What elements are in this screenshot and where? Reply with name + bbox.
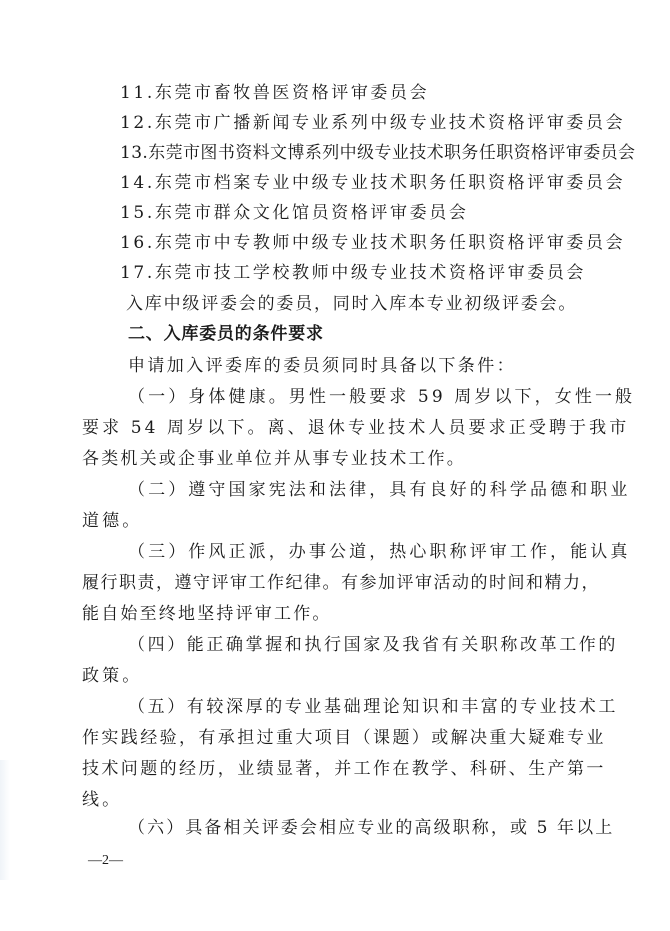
committee-item-15: 15.东莞市群众文化馆员资格评审委员会: [120, 201, 468, 225]
condition-3-line-1: （三）作风正派，办事公道，热心职称评审工作，能认真: [128, 540, 631, 564]
condition-5-line-1: （五）有较深厚的专业基础理论知识和丰富的专业技术工: [128, 695, 618, 719]
page-number: —2—: [88, 853, 123, 869]
condition-1-line-2: 要求 54 周岁以下。离、退休专业技术人员要求正受聘于我市: [82, 416, 629, 440]
condition-5-line-2: 作实践经验，有承担过重大项目（课题）或解决重大疑难专业: [82, 726, 606, 750]
committee-item-14: 14.东莞市档案专业中级专业技术职务任职资格评审委员会: [120, 171, 625, 195]
condition-6-line-1: （六）具备相关评委会相应专业的高级职称，或 5 年以上: [128, 816, 614, 840]
committee-item-13: 13.东莞市图书资料文博系列中级专业技术职务任职资格评审委员会: [120, 141, 635, 165]
section-heading: 二、入库委员的条件要求: [128, 322, 324, 346]
condition-2-line-2: 道德。: [82, 509, 142, 533]
condition-3-line-2: 履行职责，遵守评审工作纪律。有参加评审活动的时间和精力，: [82, 571, 600, 595]
condition-2-line-1: （二）遵守国家宪法和法律，具有良好的科学品德和职业: [128, 478, 631, 502]
condition-4-line-1: （四）能正确掌握和执行国家及我省有关职称改革工作的: [128, 633, 618, 657]
condition-1-line-1: （一）身体健康。男性一般要求 59 周岁以下，女性一般: [128, 385, 635, 409]
condition-5-line-3: 技术问题的经历，业绩显著，并工作在教学、科研、生产第一: [82, 757, 606, 781]
committee-item-16: 16.东莞市中专教师中级专业技术职务任职资格评审委员会: [120, 231, 625, 255]
condition-1-line-3: 各类机关或企事业单位并从事专业技术工作。: [82, 447, 466, 471]
condition-4-line-2: 政策。: [82, 664, 142, 688]
intro-text: 申请加入评委库的委员须同时具备以下条件：: [128, 354, 516, 378]
document-page: 11.东莞市畜牧兽医资格评审委员会 12.东莞市广播新闻专业系列中级专业技术资格…: [0, 0, 670, 931]
committee-item-11: 11.东莞市畜牧兽医资格评审委员会: [120, 81, 429, 105]
list-note: 入库中级评委会的委员，同时入库本专业初级评委会。: [126, 292, 577, 316]
condition-3-line-3: 能自始至终地坚持评审工作。: [82, 602, 332, 626]
scan-edge-shadow: [0, 760, 10, 880]
committee-item-17: 17.东莞市技工学校教师中级专业技术资格评审委员会: [120, 261, 586, 285]
committee-item-12: 12.东莞市广播新闻专业系列中级专业技术资格评审委员会: [120, 111, 625, 135]
condition-5-line-4: 线。: [82, 788, 122, 812]
